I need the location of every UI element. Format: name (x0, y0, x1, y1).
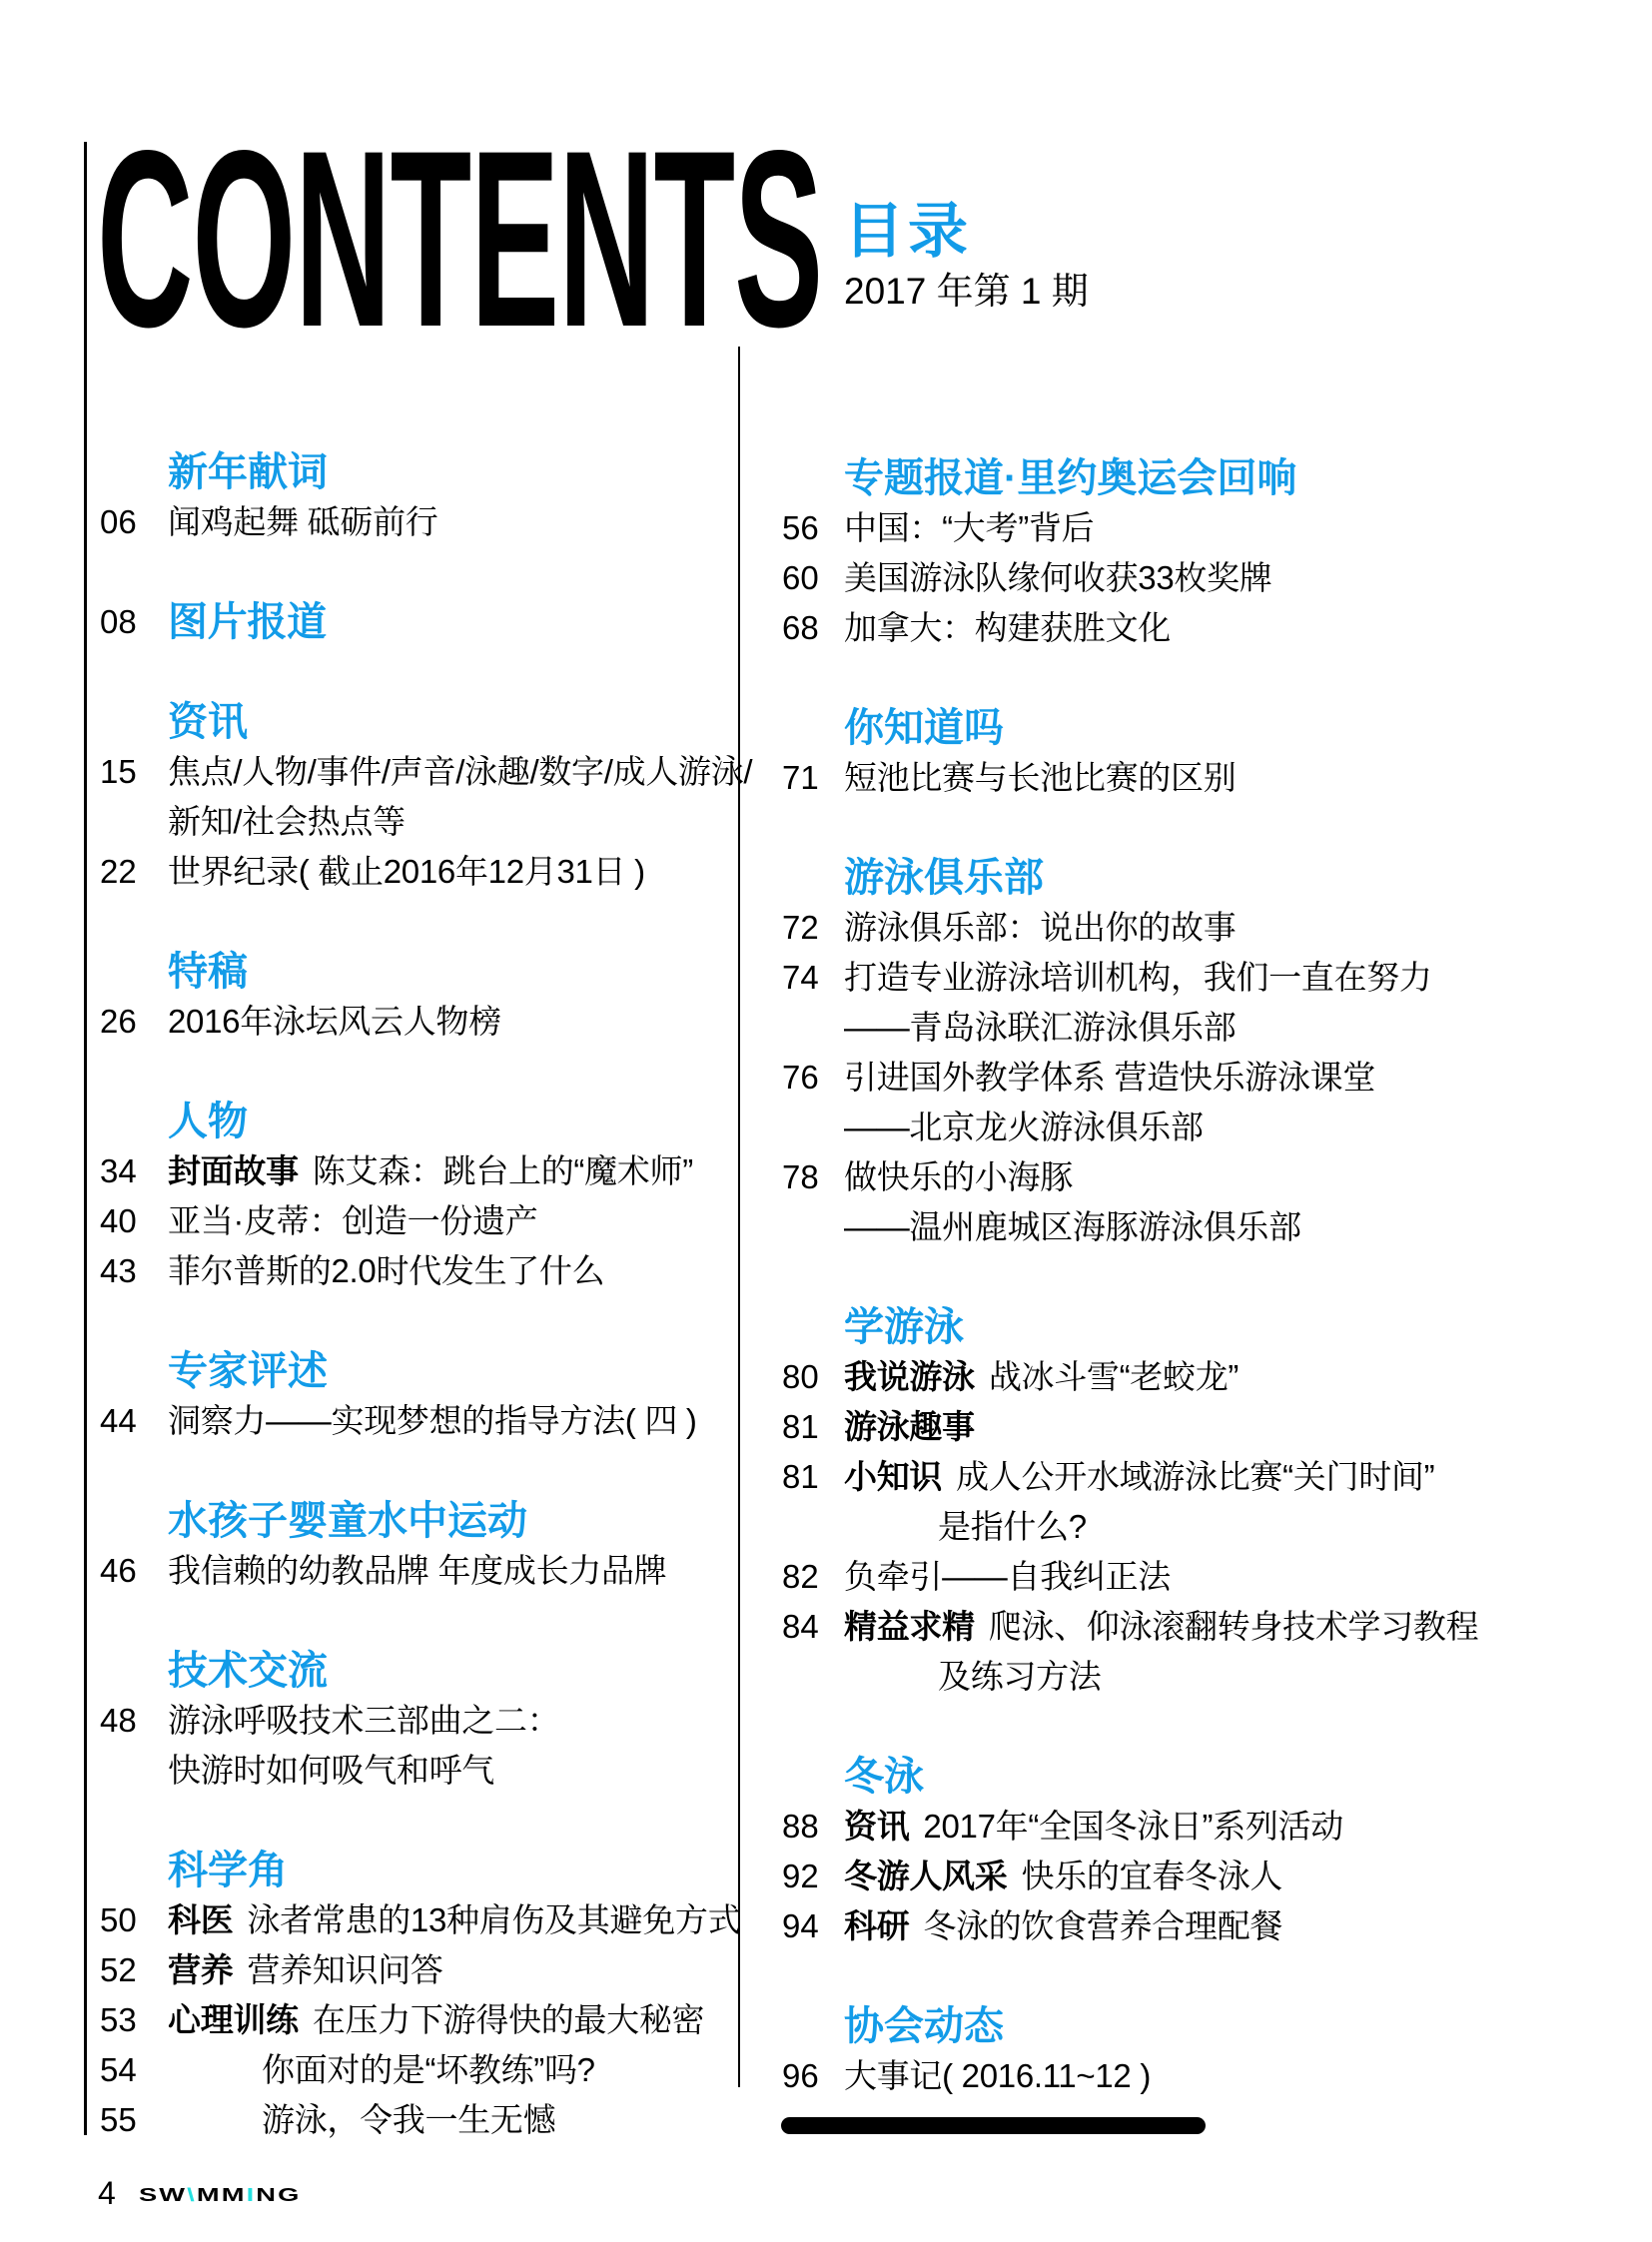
toc-row: 新知/社会热点等 (100, 797, 724, 847)
toc-entry-label: 冬游人风采 (844, 1858, 1008, 1894)
toc-page-number: 55 (100, 2095, 168, 2145)
toc-entry-text: 打造专业游泳培训机构，我们一直在努力 (844, 953, 1432, 1003)
toc-section: 专家评述44洞察力——实现梦想的指导方法( 四 ) (100, 1346, 724, 1446)
logo-letters: MM (197, 2184, 247, 2206)
toc-row: 92冬游人风采快乐的宜春冬泳人 (782, 1852, 1471, 1901)
magazine-contents-page: CONTENTS 目录 2017 年第 1 期 新年献词06闻鸡起舞 砥砺前行0… (0, 0, 1652, 2242)
toc-entry-label: 封面故事 (168, 1152, 299, 1189)
toc-entry-text: 美国游泳队缘何收获33枚奖牌 (844, 553, 1272, 603)
toc-page-number: 68 (782, 603, 844, 653)
toc-entry-text: 是指什么? (844, 1502, 1087, 1552)
toc-row: 53心理训练在压力下游得快的最大秘密 (100, 1995, 724, 2045)
toc-row: 74打造专业游泳培训机构，我们一直在努力 (782, 953, 1471, 1003)
toc-entry-text: 洞察力——实现梦想的指导方法( 四 ) (168, 1396, 697, 1446)
toc-row: 是指什么? (782, 1502, 1471, 1552)
toc-entry-label: 心理训练 (168, 2001, 299, 2038)
toc-row: 快游时如何吸气和呼气 (100, 1746, 724, 1796)
toc-section: 游泳俱乐部72游泳俱乐部：说出你的故事74打造专业游泳培训机构，我们一直在努力—… (782, 853, 1471, 1252)
toc-page-number: 78 (782, 1152, 844, 1202)
toc-page-number: 72 (782, 903, 844, 953)
toc-page-number: 92 (782, 1852, 844, 1901)
toc-entry-label: 精益求精 (844, 1608, 975, 1645)
toc-entry-label: 科医 (168, 1901, 233, 1938)
toc-row: 22世界纪录( 截止2016年12月31日 ) (100, 847, 724, 897)
toc-page-number: 40 (100, 1196, 168, 1246)
toc-page-number: 81 (782, 1402, 844, 1452)
toc-page-number: 54 (100, 2045, 168, 2095)
section-header: 技术交流 (100, 1646, 724, 1696)
toc-entry-text: 游泳呼吸技术三部曲之二： (168, 1696, 559, 1746)
toc-page-number: 94 (782, 1901, 844, 1951)
toc-page-number: 80 (782, 1352, 844, 1402)
toc-row: 34封面故事陈艾森：跳台上的“魔术师” (100, 1146, 724, 1196)
toc-page-number (782, 1003, 844, 1053)
toc-row: 48游泳呼吸技术三部曲之二： (100, 1696, 724, 1746)
toc-page-number: 44 (100, 1396, 168, 1446)
section-header: 新年献词 (100, 447, 724, 497)
toc-row: 60美国游泳队缘何收获33枚奖牌 (782, 553, 1471, 603)
toc-entry-text: 冬游人风采快乐的宜春冬泳人 (844, 1852, 1282, 1901)
toc-section: 技术交流48游泳呼吸技术三部曲之二：快游时如何吸气和呼气 (100, 1646, 724, 1796)
toc-row: 96大事记( 2016.11~12 ) (782, 2051, 1471, 2101)
section-header: 协会动态 (782, 2001, 1471, 2051)
toc-entry-text: 中国：“大考”背后 (844, 503, 1094, 553)
toc-entry-text: 闻鸡起舞 砥砺前行 (168, 497, 437, 547)
toc-entry-label: 游泳趣事 (844, 1408, 975, 1445)
toc-entry-text: 快游时如何吸气和呼气 (168, 1746, 494, 1796)
toc-entry-text: ——北京龙火游泳俱乐部 (844, 1103, 1204, 1152)
toc-entry-text: 及练习方法 (844, 1652, 1102, 1702)
logo-letters: SW (139, 2184, 187, 2206)
toc-entry-text: 资讯2017年“全国冬泳日”系列活动 (844, 1802, 1343, 1852)
page-title-chinese: 目录 (844, 202, 972, 262)
toc-entry-text: 精益求精爬泳、仰泳滚翻转身技术学习教程 (844, 1602, 1478, 1652)
toc-entry-text: 游泳趣事 (844, 1402, 989, 1452)
toc-row: 06闻鸡起舞 砥砺前行 (100, 497, 724, 547)
toc-entry-label: 资讯 (844, 1808, 909, 1845)
toc-page-number: 60 (782, 553, 844, 603)
logo-letters: NG (256, 2184, 301, 2206)
toc-row: ——青岛泳联汇游泳俱乐部 (782, 1003, 1471, 1053)
section-header: 人物 (100, 1097, 724, 1146)
toc-entry-text: 短池比赛与长池比赛的区别 (844, 753, 1236, 803)
toc-row: 80我说游泳战冰斗雪“老蛟龙” (782, 1352, 1471, 1402)
toc-page-number (782, 1202, 844, 1252)
swimming-logo: SW\MMING (139, 2185, 301, 2204)
toc-section: 科学角50科医泳者常患的13种肩伤及其避免方式52营养营养知识问答53心理训练在… (100, 1846, 724, 2145)
toc-column-right: 专题报道·里约奥运会回响56中国：“大考”背后60美国游泳队缘何收获33枚奖牌6… (782, 453, 1471, 2101)
toc-entry-text: 游泳，令我一生无憾 (168, 2095, 555, 2145)
toc-entry-text: 科医泳者常患的13种肩伤及其避免方式 (168, 1895, 740, 1945)
left-border-rule (84, 142, 87, 2135)
toc-entry-text: 菲尔普斯的2.0时代发生了什么 (168, 1246, 604, 1296)
toc-entry-text: 小知识成人公开水域游泳比赛“关门时间” (844, 1452, 1434, 1502)
toc-entry-text: 2016年泳坛风云人物榜 (168, 997, 501, 1047)
toc-row: 81小知识成人公开水域游泳比赛“关门时间” (782, 1452, 1471, 1502)
section-header: 游泳俱乐部 (782, 853, 1471, 903)
toc-page-number: 43 (100, 1246, 168, 1296)
toc-entry-label: 科研 (844, 1907, 909, 1944)
toc-row: 40亚当·皮蒂：创造一份遗产 (100, 1196, 724, 1246)
toc-entry-text: 焦点/人物/事件/声音/泳趣/数字/成人游泳/ (168, 747, 752, 797)
toc-page-number: 34 (100, 1146, 168, 1196)
toc-row: 15焦点/人物/事件/声音/泳趣/数字/成人游泳/ (100, 747, 724, 797)
toc-page-number: 53 (100, 1995, 168, 2045)
toc-entry-text: 新知/社会热点等 (168, 797, 406, 847)
toc-row: 44洞察力——实现梦想的指导方法( 四 ) (100, 1396, 724, 1446)
toc-page-number: 52 (100, 1945, 168, 1995)
toc-section: 资讯15焦点/人物/事件/声音/泳趣/数字/成人游泳/新知/社会热点等22世界纪… (100, 697, 724, 897)
section-header: 学游泳 (782, 1302, 1471, 1352)
toc-entry-text: 负牵引——自我纠正法 (844, 1552, 1171, 1602)
section-header: 冬泳 (782, 1752, 1471, 1802)
toc-page-number: 15 (100, 747, 168, 797)
toc-page-number (100, 797, 168, 847)
toc-section: 水孩子婴童水中运动46我信赖的幼教品牌 年度成长力品牌 (100, 1496, 724, 1596)
toc-entry-text: 科研冬泳的饮食营养合理配餐 (844, 1901, 1282, 1951)
toc-row: 68加拿大：构建获胜文化 (782, 603, 1471, 653)
footer-bar (781, 2117, 1206, 2134)
toc-entry-text: 做快乐的小海豚 (844, 1152, 1073, 1202)
toc-entry-text: 营养营养知识问答 (168, 1945, 443, 1995)
toc-row: 82负牵引——自我纠正法 (782, 1552, 1471, 1602)
toc-section: 协会动态96大事记( 2016.11~12 ) (782, 2001, 1471, 2101)
toc-row: 72游泳俱乐部：说出你的故事 (782, 903, 1471, 953)
toc-entry-text: 加拿大：构建获胜文化 (844, 603, 1171, 653)
section-header: 专题报道·里约奥运会回响 (782, 453, 1471, 503)
toc-entry-text: 我信赖的幼教品牌 年度成长力品牌 (168, 1546, 666, 1596)
toc-entry-text: ——青岛泳联汇游泳俱乐部 (844, 1003, 1236, 1053)
toc-page-number (782, 1103, 844, 1152)
toc-row: 43菲尔普斯的2.0时代发生了什么 (100, 1246, 724, 1296)
toc-entry-text: 图片报道 (168, 597, 327, 647)
toc-row: 88资讯2017年“全国冬泳日”系列活动 (782, 1802, 1471, 1852)
toc-row: 50科医泳者常患的13种肩伤及其避免方式 (100, 1895, 724, 1945)
logo-accent-mark: \ (187, 2184, 197, 2206)
toc-page-number: 82 (782, 1552, 844, 1602)
toc-section: 你知道吗71短池比赛与长池比赛的区别 (782, 703, 1471, 803)
toc-page-number: 50 (100, 1895, 168, 1945)
toc-row: 46我信赖的幼教品牌 年度成长力品牌 (100, 1546, 724, 1596)
toc-entry-label: 小知识 (844, 1458, 942, 1495)
logo-accent-mark: I (247, 2184, 257, 2206)
toc-page-number: 76 (782, 1053, 844, 1103)
toc-entry-label: 营养 (168, 1951, 233, 1988)
toc-page-number: 48 (100, 1696, 168, 1746)
toc-row: 262016年泳坛风云人物榜 (100, 997, 724, 1047)
toc-entry-text: 世界纪录( 截止2016年12月31日 ) (168, 847, 645, 897)
toc-page-number: 88 (782, 1802, 844, 1852)
toc-page-number: 46 (100, 1546, 168, 1596)
toc-row: 及练习方法 (782, 1652, 1471, 1702)
toc-row: 94科研冬泳的饮食营养合理配餐 (782, 1901, 1471, 1951)
toc-entry-text: 封面故事陈艾森：跳台上的“魔术师” (168, 1146, 693, 1196)
toc-row: ——北京龙火游泳俱乐部 (782, 1103, 1471, 1152)
toc-page-number: 74 (782, 953, 844, 1003)
toc-row: 76引进国外教学体系 营造快乐游泳课堂 (782, 1053, 1471, 1103)
toc-entry-text: 我说游泳战冰斗雪“老蛟龙” (844, 1352, 1239, 1402)
toc-row: 81游泳趣事 (782, 1402, 1471, 1452)
toc-entry-label: 我说游泳 (844, 1358, 975, 1395)
toc-page-number: 22 (100, 847, 168, 897)
toc-page-number: 08 (100, 597, 168, 647)
toc-page-number: 81 (782, 1452, 844, 1502)
toc-row: 54你面对的是“坏教练”吗? (100, 2045, 724, 2095)
toc-page-number: 56 (782, 503, 844, 553)
toc-section: 学游泳80我说游泳战冰斗雪“老蛟龙”81游泳趣事81小知识成人公开水域游泳比赛“… (782, 1302, 1471, 1702)
toc-entry-text: 你面对的是“坏教练”吗? (168, 2045, 595, 2095)
toc-row: 56中国：“大考”背后 (782, 503, 1471, 553)
toc-page-number: 84 (782, 1602, 844, 1652)
page-title: CONTENTS (97, 114, 822, 366)
toc-page-number: 26 (100, 997, 168, 1047)
toc-section: 特稿262016年泳坛风云人物榜 (100, 947, 724, 1047)
section-header: 你知道吗 (782, 703, 1471, 753)
toc-section: 新年献词06闻鸡起舞 砥砺前行 (100, 447, 724, 547)
section-header: 特稿 (100, 947, 724, 997)
column-divider (738, 347, 740, 2087)
toc-row: 84精益求精爬泳、仰泳滚翻转身技术学习教程 (782, 1602, 1471, 1652)
issue-label: 2017 年第 1 期 (844, 272, 1089, 313)
footer-page-number: 4 (98, 2177, 116, 2209)
toc-row: 71短池比赛与长池比赛的区别 (782, 753, 1471, 803)
toc-page-number: 06 (100, 497, 168, 547)
section-header: 专家评述 (100, 1346, 724, 1396)
toc-section: 冬泳88资讯2017年“全国冬泳日”系列活动92冬游人风采快乐的宜春冬泳人94科… (782, 1752, 1471, 1951)
toc-row: 78做快乐的小海豚 (782, 1152, 1471, 1202)
section-header: 水孩子婴童水中运动 (100, 1496, 724, 1546)
toc-section: 08图片报道 (100, 597, 724, 647)
toc-page-number (782, 1652, 844, 1702)
toc-row: 55游泳，令我一生无憾 (100, 2095, 724, 2145)
toc-row: 52营养营养知识问答 (100, 1945, 724, 1995)
toc-column-left: 新年献词06闻鸡起舞 砥砺前行08图片报道资讯15焦点/人物/事件/声音/泳趣/… (100, 447, 724, 2145)
toc-entry-text: 游泳俱乐部：说出你的故事 (844, 903, 1236, 953)
toc-page-number: 96 (782, 2051, 844, 2101)
toc-section: 专题报道·里约奥运会回响56中国：“大考”背后60美国游泳队缘何收获33枚奖牌6… (782, 453, 1471, 653)
toc-entry-text: 引进国外教学体系 营造快乐游泳课堂 (844, 1053, 1375, 1103)
toc-entry-text: 亚当·皮蒂：创造一份遗产 (168, 1196, 537, 1246)
toc-entry-text: ——温州鹿城区海豚游泳俱乐部 (844, 1202, 1301, 1252)
toc-page-number: 71 (782, 753, 844, 803)
section-header: 资讯 (100, 697, 724, 747)
toc-entry-text: 心理训练在压力下游得快的最大秘密 (168, 1995, 704, 2045)
toc-page-number (100, 1746, 168, 1796)
section-header: 科学角 (100, 1846, 724, 1895)
toc-row: ——温州鹿城区海豚游泳俱乐部 (782, 1202, 1471, 1252)
toc-page-number (782, 1502, 844, 1552)
toc-row: 08图片报道 (100, 597, 724, 647)
toc-section: 人物34封面故事陈艾森：跳台上的“魔术师”40亚当·皮蒂：创造一份遗产43菲尔普… (100, 1097, 724, 1296)
toc-entry-text: 大事记( 2016.11~12 ) (844, 2051, 1151, 2101)
